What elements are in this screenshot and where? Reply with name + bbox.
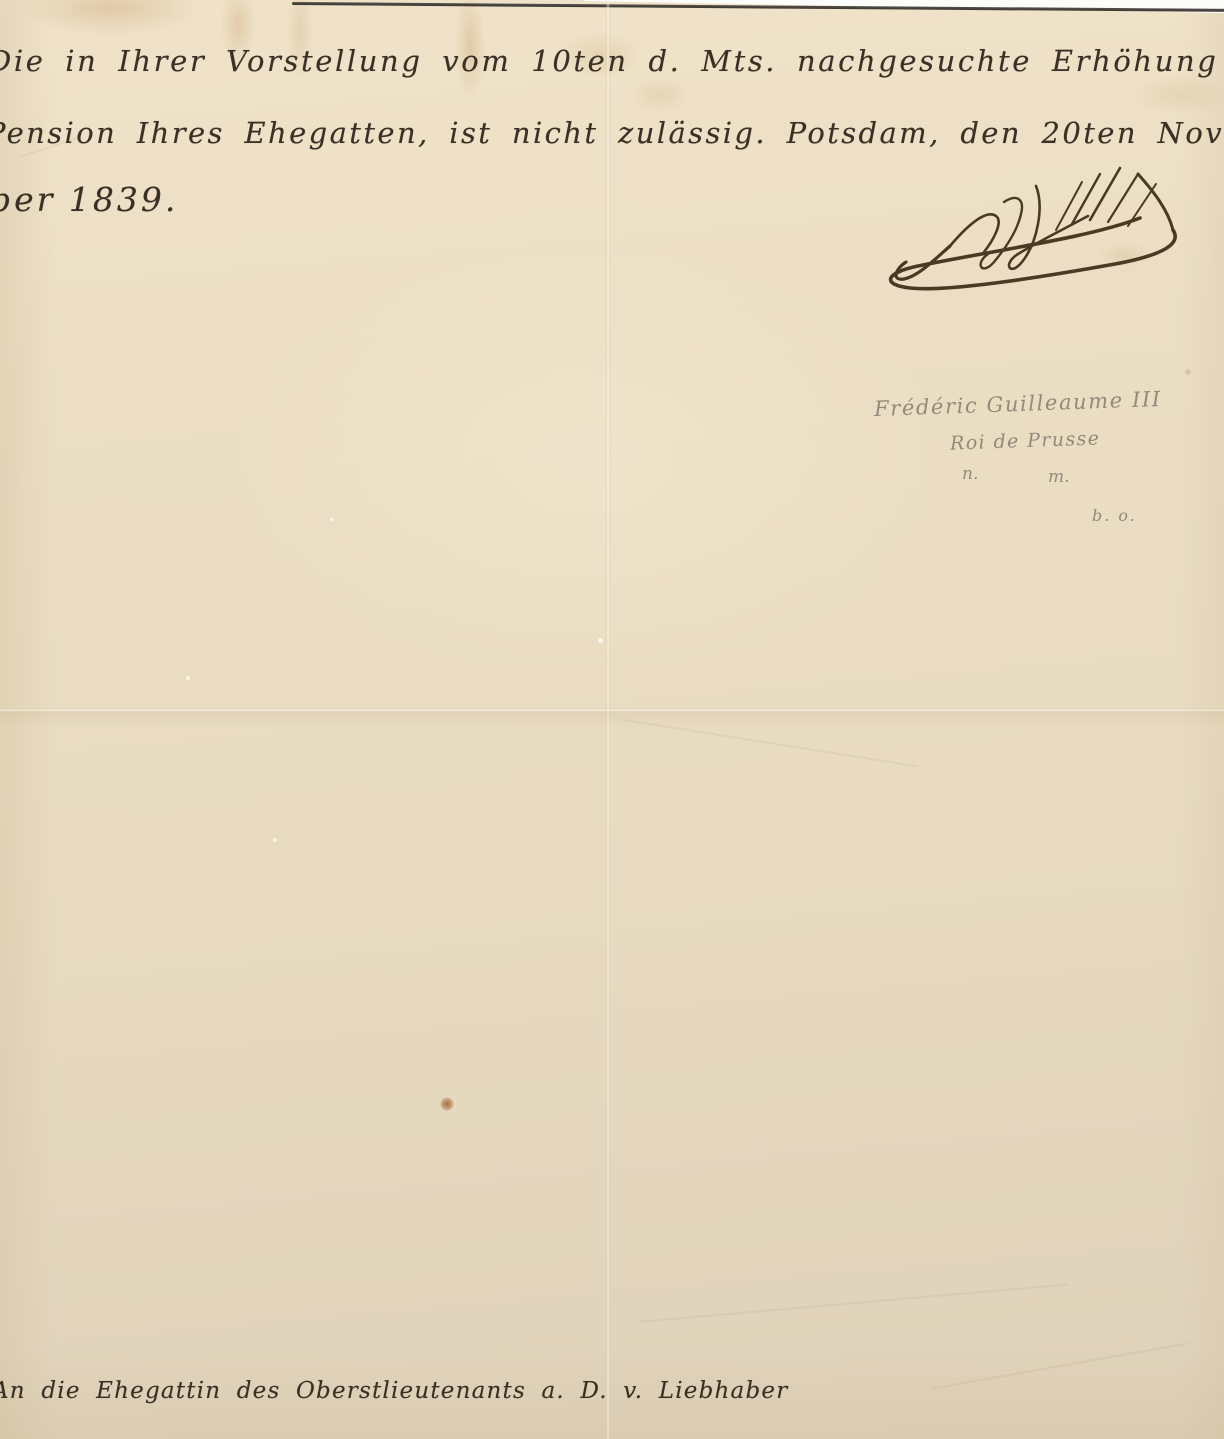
paper-crease <box>932 1342 1188 1389</box>
letter-body-line-1: Die in Ihrer Vorstellung vom 10ten d. Mt… <box>0 44 1224 78</box>
letter-body-line-2: Pension Ihres Ehegatten, ist nicht zuläs… <box>0 116 1224 150</box>
letter-page: Die in Ihrer Vorstellung vom 10ten d. Mt… <box>0 0 1224 1439</box>
pencil-annotation-title: Roi de Prusse <box>950 427 1101 454</box>
pencil-annotation-initial-m: m. <box>1048 467 1070 487</box>
paper-crease <box>641 1283 1070 1322</box>
pencil-annotation-initial-n: n. <box>962 464 978 484</box>
royal-signature-flourish <box>876 158 1194 300</box>
paper-speck <box>273 838 277 842</box>
letter-address-line: An die Ehegattin des Oberstlieutenants a… <box>0 1378 788 1404</box>
paper-speck <box>330 518 333 521</box>
paper-speck <box>186 676 190 680</box>
pencil-annotation-bo: b. o. <box>1092 506 1137 525</box>
pencil-annotation-name: Frédéric Guilleaume III <box>874 387 1162 421</box>
horizontal-fold-shadow <box>0 712 1224 728</box>
paper-speck <box>598 638 603 643</box>
letter-date-line: ber 1839. <box>0 180 178 219</box>
